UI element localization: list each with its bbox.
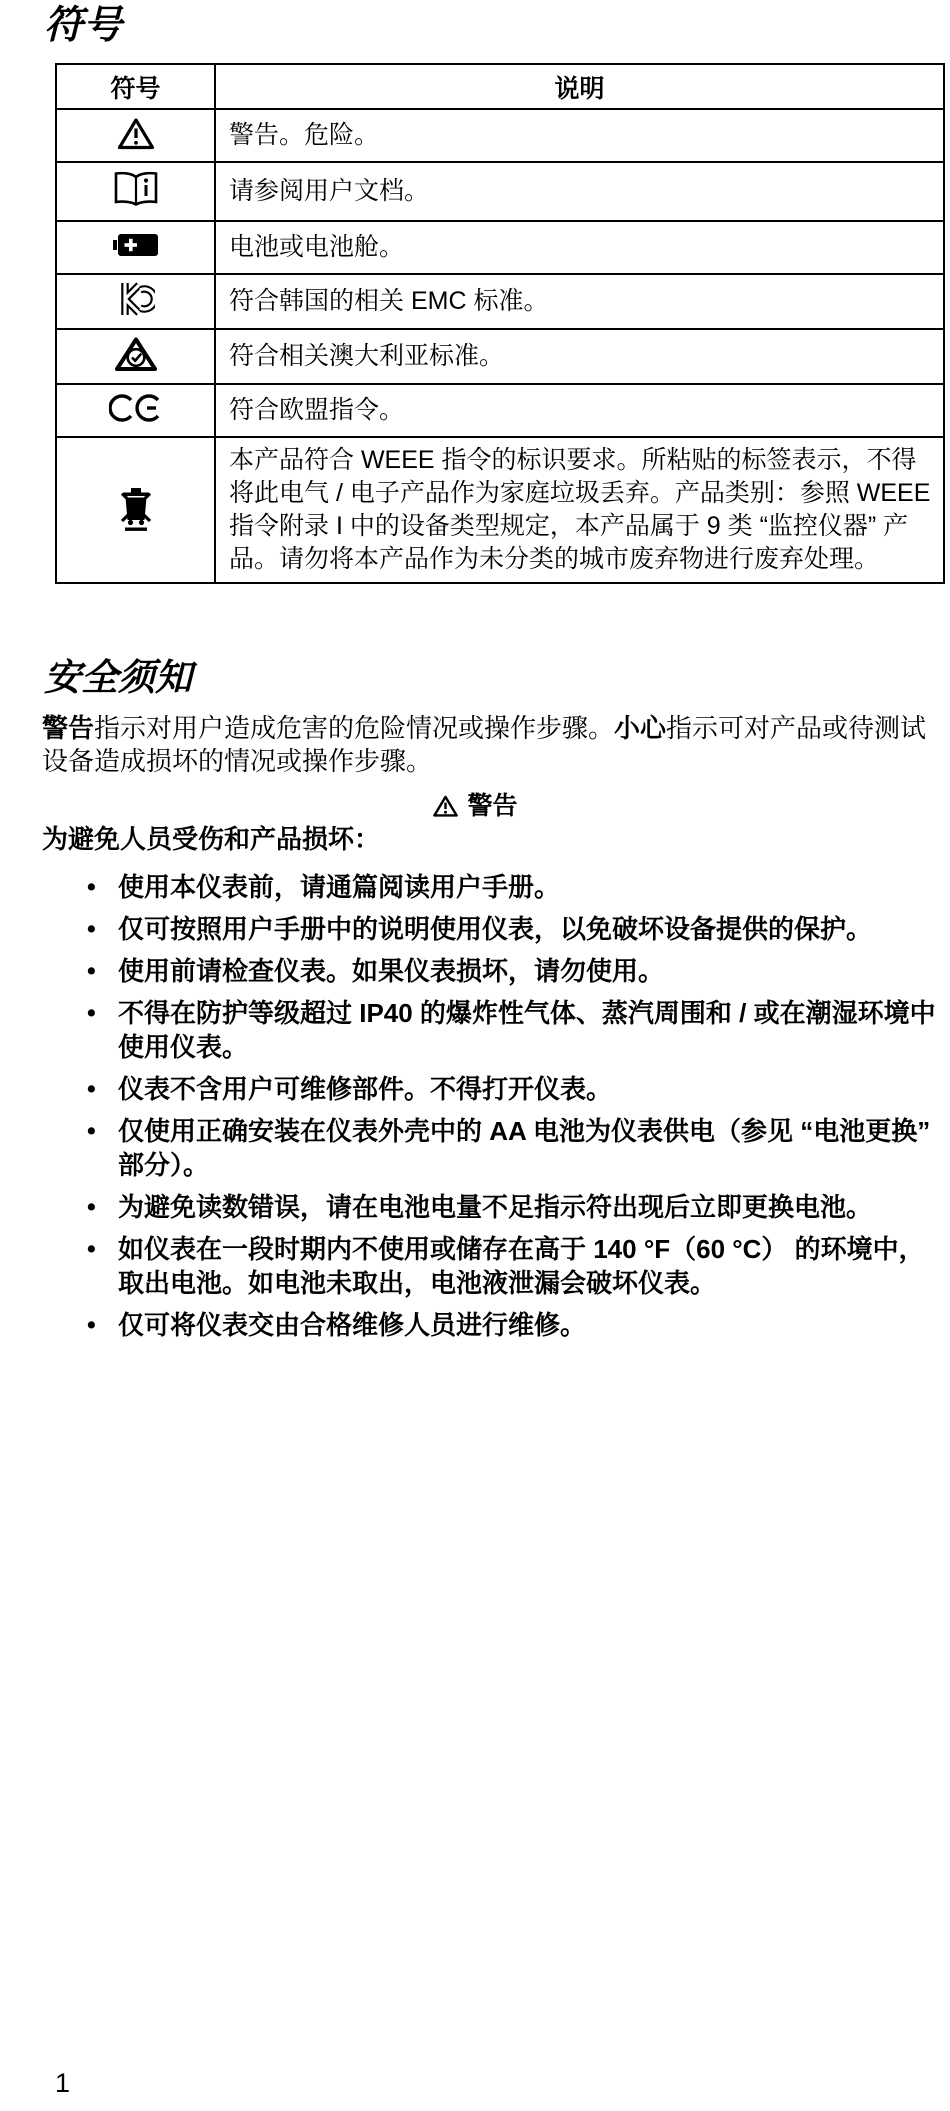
- table-header-description: 说明: [215, 64, 944, 109]
- list-item-text: 仅使用正确安装在仪表外壳中的 AA 电池为仪表供电（参见 “电池更换” 部分）。: [118, 1116, 930, 1180]
- intro-text-1: 指示对用户造成危害的危险情况或操作步骤。: [94, 713, 614, 743]
- bullet-marker: •: [87, 1072, 96, 1106]
- table-row: 符合欧盟指令。: [56, 384, 944, 437]
- list-item: •仪表不含用户可维修部件。不得打开仪表。: [85, 1072, 947, 1106]
- warning-word: 警告: [42, 713, 94, 743]
- list-item-text: 使用本仪表前，请通篇阅读用户手册。: [118, 872, 560, 902]
- bullet-marker: •: [87, 954, 96, 988]
- symbol-cell: [56, 329, 215, 384]
- warning-banner-label: 警告: [467, 792, 517, 820]
- symbol-cell: [56, 162, 215, 221]
- list-item-text: 如仪表在一段时期内不使用或储存在高于 140 °F（60 °C） 的环境中，取出…: [118, 1234, 925, 1298]
- section-title: 安全须知: [44, 656, 950, 700]
- consult-documentation-icon: [112, 170, 160, 208]
- list-item-text: 为避免读数错误，请在电池电量不足指示符出现后立即更换电池。: [118, 1192, 872, 1222]
- list-item-text: 仅可将仪表交由合格维修人员进行维修。: [118, 1310, 586, 1340]
- list-item-text: 仪表不含用户可维修部件。不得打开仪表。: [118, 1074, 612, 1104]
- warning-triangle-icon: [116, 116, 156, 151]
- description-cell: 本产品符合 WEEE 指令的标识要求。所粘贴的标签表示，不得将此电气 / 电子产…: [215, 437, 944, 583]
- table-row: 警告。危险。: [56, 109, 944, 162]
- table-header-symbol: 符号: [56, 64, 215, 109]
- bullet-marker: •: [87, 1114, 96, 1148]
- bullet-marker: •: [87, 996, 96, 1030]
- description-cell: 符合相关澳大利亚标准。: [215, 329, 944, 384]
- list-item: •仅可将仪表交由合格维修人员进行维修。: [85, 1308, 947, 1342]
- bullet-marker: •: [87, 1232, 96, 1266]
- table-row: 符合相关澳大利亚标准。: [56, 329, 944, 384]
- bullet-marker: •: [87, 870, 96, 904]
- table-row: 本产品符合 WEEE 指令的标识要求。所粘贴的标签表示，不得将此电气 / 电子产…: [56, 437, 944, 583]
- symbol-cell: [56, 109, 215, 162]
- list-item: •仅使用正确安装在仪表外壳中的 AA 电池为仪表供电（参见 “电池更换” 部分）…: [85, 1114, 947, 1182]
- bullet-marker: •: [87, 1308, 96, 1342]
- description-cell: 警告。危险。: [215, 109, 944, 162]
- description-cell: 符合欧盟指令。: [215, 384, 944, 437]
- warning-icon: [432, 794, 459, 818]
- description-cell: 符合韩国的相关 EMC 标准。: [215, 274, 944, 329]
- page-title: 符号: [44, 0, 950, 49]
- description-cell: 电池或电池舱。: [215, 221, 944, 274]
- ce-mark-icon: [109, 394, 163, 422]
- caution-word: 小心: [614, 713, 666, 743]
- symbol-cell: [56, 437, 215, 583]
- table-header-row: 符号 说明: [56, 64, 944, 109]
- list-item-text: 不得在防护等级超过 IP40 的爆炸性气体、蒸汽周围和 / 或在潮湿环境中使用仪…: [118, 998, 936, 1062]
- document-page: { "page": { "title": "符号", "page_number"…: [0, 0, 950, 2111]
- safety-lead: 为避免人员受伤和产品损坏：: [42, 822, 950, 856]
- symbol-cell: [56, 384, 215, 437]
- rcm-mark-icon: [114, 336, 158, 373]
- warning-banner: 警告: [0, 786, 950, 818]
- bullet-marker: •: [87, 1190, 96, 1224]
- list-item: •为避免读数错误，请在电池电量不足指示符出现后立即更换电池。: [85, 1190, 947, 1224]
- description-cell: 请参阅用户文档。: [215, 162, 944, 221]
- list-item: •使用本仪表前，请通篇阅读用户手册。: [85, 870, 947, 904]
- list-item-text: 仅可按照用户手册中的说明使用仪表，以免破坏设备提供的保护。: [118, 914, 872, 944]
- symbol-cell: [56, 221, 215, 274]
- table-row: 电池或电池舱。: [56, 221, 944, 274]
- list-item: •如仪表在一段时期内不使用或储存在高于 140 °F（60 °C） 的环境中，取…: [85, 1232, 947, 1300]
- bullet-marker: •: [87, 912, 96, 946]
- table-row: 符合韩国的相关 EMC 标准。: [56, 274, 944, 329]
- page-number: 1: [55, 2068, 70, 2099]
- kc-mark-icon: [117, 278, 155, 320]
- list-item: •使用前请检查仪表。如果仪表损坏，请勿使用。: [85, 954, 947, 988]
- safety-list: •使用本仪表前，请通篇阅读用户手册。 •仅可按照用户手册中的说明使用仪表，以免破…: [85, 870, 947, 1342]
- weee-bin-icon: [120, 484, 152, 532]
- battery-icon: [113, 233, 159, 257]
- list-item: •仅可按照用户手册中的说明使用仪表，以免破坏设备提供的保护。: [85, 912, 947, 946]
- table-row: 请参阅用户文档。: [56, 162, 944, 221]
- list-item: •不得在防护等级超过 IP40 的爆炸性气体、蒸汽周围和 / 或在潮湿环境中使用…: [85, 996, 947, 1064]
- list-item-text: 使用前请检查仪表。如果仪表损坏，请勿使用。: [118, 956, 664, 986]
- symbol-cell: [56, 274, 215, 329]
- safety-intro: 警告指示对用户造成危害的危险情况或操作步骤。小心指示可对产品或待测试设备造成损坏…: [42, 712, 948, 778]
- symbols-table: 符号 说明 警告。危险。 请参: [55, 63, 945, 584]
